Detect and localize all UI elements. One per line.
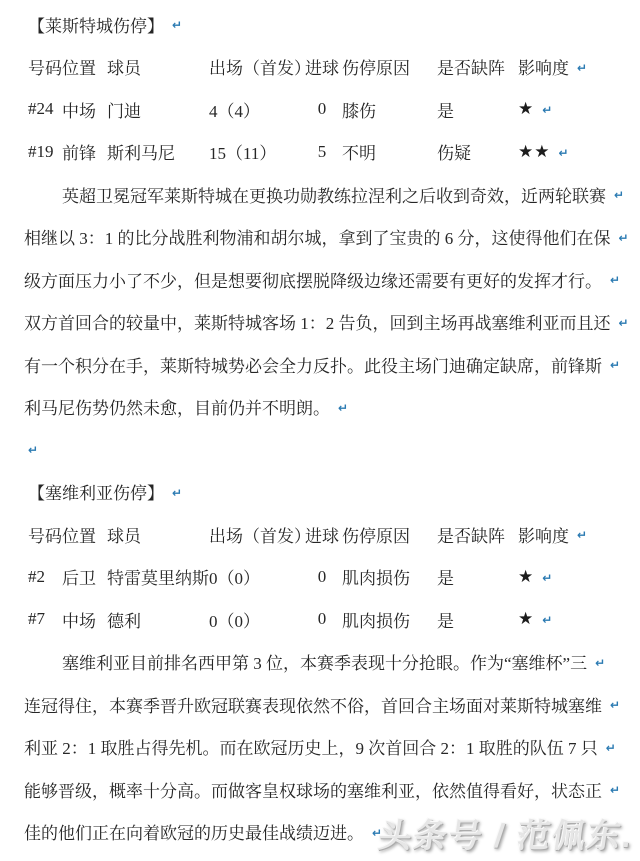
line-break-icon: ↵ [619,316,629,330]
header-impact: 影响度 [512,54,569,79]
paragraph-line: 有一个积分在手，莱斯特城势必会全力反扑。此役主场门迪确定缺席，前锋斯 ↵ [24,343,640,386]
cell-position: 中场 [62,607,107,632]
cell-goals: 0 [302,99,342,119]
header-reason: 伤停原因 [342,54,437,79]
cell-player: 门迪 [107,97,209,122]
line-break-icon: ↵ [610,358,620,372]
cell-goals: 0 [302,609,342,629]
sevilla-section-title: 【塞维利亚伤停】 ↵ [24,471,640,514]
cell-appearances: 0（0） [209,564,302,589]
header-goals: 进球 [302,54,342,79]
cell-reason: 肌肉损伤 [342,607,437,632]
header-appearances: 出场（首发） [209,522,302,547]
impact-stars: ★ [512,99,534,119]
impact-stars: ★ [512,567,534,587]
line-break-icon: ↵ [614,188,624,202]
cell-goals: 0 [302,567,342,587]
blank-line: ↵ [24,428,640,471]
section-title-text: 【塞维利亚伤停】 [28,479,164,504]
header-goals: 进球 [302,522,342,547]
line-break-icon: ↵ [558,146,568,160]
paragraph-line: 英超卫冕冠军莱斯特城在更换功勋教练拉涅利之后收到奇效，近两轮联赛 ↵ [24,173,640,216]
line-break-icon: ↵ [542,103,552,117]
cell-appearances: 4（4） [209,97,302,122]
cell-number: #7 [28,609,62,629]
cell-reason: 不明 [342,139,437,164]
paragraph-line: 双方首回合的较量中，莱斯特城客场 1：2 告负，回到主场再战塞维利亚而且还 ↵ [24,301,640,344]
header-absent: 是否缺阵 [437,522,512,547]
cell-absent: 是 [437,97,512,122]
line-break-icon: ↵ [595,656,605,670]
paragraph-text: 佳的他们正在向着欧冠的历史最佳战绩迈进。 [24,819,364,844]
table-row: #19 前锋 斯利马尼 15（11） 5 不明 伤疑 ★★ ↵ [24,131,640,174]
header-absent: 是否缺阵 [437,54,512,79]
line-break-icon: ↵ [542,571,552,585]
cell-number: #19 [28,142,62,162]
paragraph-line: 利亚 2：1 取胜占得先机。而在欧冠历史上，9 次首回合 2：1 取胜的队伍 7… [24,726,640,769]
line-break-icon: ↵ [172,18,182,32]
cell-goals: 5 [302,142,342,162]
paragraph-text: 连冠得住，本赛季晋升欧冠联赛表现依然不俗，首回合主场面对莱斯特城塞维 [24,692,602,717]
table-row: #2 后卫 特雷莫里纳斯 0（0） 0 肌肉损伤 是 ★ ↵ [24,556,640,599]
paragraph-text: 英超卫冕冠军莱斯特城在更换功勋教练拉涅利之后收到奇效，近两轮联赛 [62,182,606,207]
header-appearances: 出场（首发） [209,54,302,79]
table-row: #24 中场 门迪 4（4） 0 膝伤 是 ★ ↵ [24,88,640,131]
line-break-icon: ↵ [338,401,348,415]
line-break-icon: ↵ [610,698,620,712]
header-number: 号码 [28,54,62,79]
paragraph-text: 相继以 3：1 的比分战胜利物浦和胡尔城，拿到了宝贵的 6 分，这使得他们在保 [24,224,611,249]
paragraph-text: 利亚 2：1 取胜占得先机。而在欧冠历史上，9 次首回合 2：1 取胜的队伍 7… [24,734,598,759]
section-title-text: 【莱斯特城伤停】 [28,12,164,37]
leicester-table-header: 号码 位置 球员 出场（首发） 进球 伤停原因 是否缺阵 影响度 ↵ [24,46,640,89]
paragraph-line: 相继以 3：1 的比分战胜利物浦和胡尔城，拿到了宝贵的 6 分，这使得他们在保 … [24,216,640,259]
article-page: 【莱斯特城伤停】 ↵ 号码 位置 球员 出场（首发） 进球 伤停原因 是否缺阵 … [0,0,640,853]
paragraph-line: 塞维利亚目前排名西甲第 3 位，本赛季表现十分抢眼。作为“塞维杯”三 ↵ [24,641,640,684]
header-number: 号码 [28,522,62,547]
paragraph-text: 利马尼伤势仍然未愈，目前仍并不明朗。 [24,394,330,419]
line-break-icon: ↵ [577,528,587,542]
line-break-icon: ↵ [610,783,620,797]
header-position: 位置 [62,54,107,79]
paragraph-text: 双方首回合的较量中，莱斯特城客场 1：2 告负，回到主场再战塞维利亚而且还 [24,309,611,334]
table-row: #7 中场 德利 0（0） 0 肌肉损伤 是 ★ ↵ [24,598,640,641]
paragraph-text: 级方面压力小了不少，但是想要彻底摆脱降级边缘还需要有更好的发挥才行。 [24,267,602,292]
cell-appearances: 0（0） [209,607,302,632]
header-player: 球员 [107,54,209,79]
line-break-icon: ↵ [606,741,616,755]
line-break-icon: ↵ [577,61,587,75]
leicester-section-title: 【莱斯特城伤停】 ↵ [24,3,640,46]
line-break-icon: ↵ [28,443,38,457]
cell-position: 前锋 [62,139,107,164]
cell-number: #24 [28,99,62,119]
sevilla-table-header: 号码 位置 球员 出场（首发） 进球 伤停原因 是否缺阵 影响度 ↵ [24,513,640,556]
cell-player: 特雷莫里纳斯 [107,564,209,589]
watermark: 头条号 / 范佩东. [376,810,637,857]
header-player: 球员 [107,522,209,547]
impact-stars: ★★ [512,142,550,162]
header-position: 位置 [62,522,107,547]
paragraph-line: 连冠得住，本赛季晋升欧冠联赛表现依然不俗，首回合主场面对莱斯特城塞维 ↵ [24,683,640,726]
cell-position: 中场 [62,97,107,122]
cell-absent: 是 [437,564,512,589]
cell-reason: 膝伤 [342,97,437,122]
header-reason: 伤停原因 [342,522,437,547]
cell-position: 后卫 [62,564,107,589]
line-break-icon: ↵ [619,231,629,245]
paragraph-text: 塞维利亚目前排名西甲第 3 位，本赛季表现十分抢眼。作为“塞维杯”三 [62,649,587,674]
paragraph-line: 能够晋级，概率十分高。而做客皇权球场的塞维利亚，依然值得看好，状态正 ↵ [24,768,640,811]
cell-appearances: 15（11） [209,139,302,164]
cell-player: 斯利马尼 [107,139,209,164]
impact-stars: ★ [512,609,534,629]
cell-absent: 是 [437,607,512,632]
cell-reason: 肌肉损伤 [342,564,437,589]
paragraph-line: 利马尼伤势仍然未愈，目前仍并不明朗。 ↵ [24,386,640,429]
line-break-icon: ↵ [610,273,620,287]
header-impact: 影响度 [512,522,569,547]
cell-player: 德利 [107,607,209,632]
paragraph-text: 能够晋级，概率十分高。而做客皇权球场的塞维利亚，依然值得看好，状态正 [24,777,602,802]
paragraph-text: 有一个积分在手，莱斯特城势必会全力反扑。此役主场门迪确定缺席，前锋斯 [24,352,602,377]
line-break-icon: ↵ [542,613,552,627]
paragraph-line: 级方面压力小了不少，但是想要彻底摆脱降级边缘还需要有更好的发挥才行。 ↵ [24,258,640,301]
cell-absent: 伤疑 [437,139,512,164]
cell-number: #2 [28,567,62,587]
line-break-icon: ↵ [172,486,182,500]
